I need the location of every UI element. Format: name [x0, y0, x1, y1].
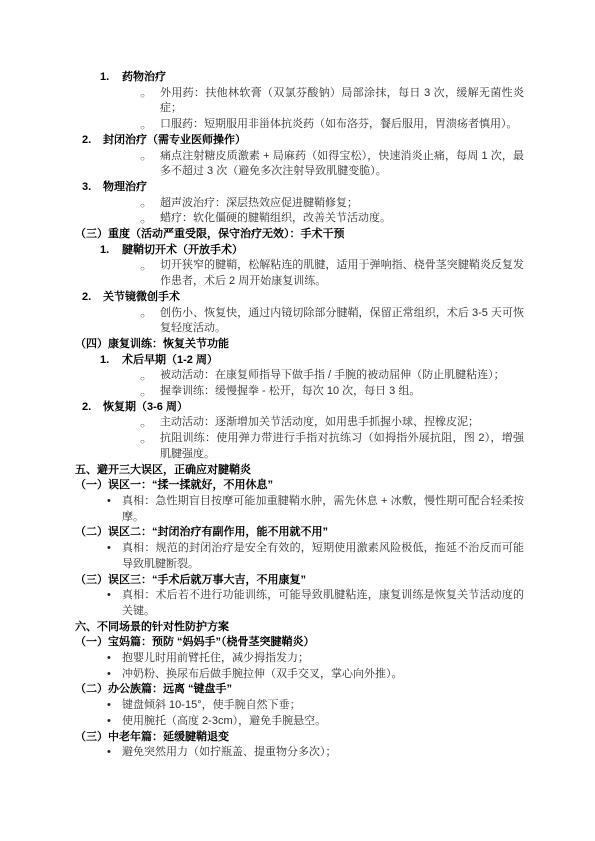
item-text: （一）宝妈篇：预防 “妈妈手”（桡骨茎突腱鞘炎）	[75, 635, 595, 651]
item-text: 关节镜微创手术	[103, 290, 595, 306]
circle-list-item: ○抗阻训练：使用弹力带进行手指对抗练习（如拇指外展抗阻，图 2），增强肌腱强度。	[0, 431, 524, 462]
numbered-heading: 1.腱鞘切开术（开放手术）	[0, 243, 595, 259]
number-marker: 2.	[82, 133, 91, 149]
numbered-heading: 3.物理治疗	[0, 180, 595, 196]
section-heading: （四）康复训练：恢复关节功能	[0, 337, 595, 353]
item-text: （三）重度（活动严重受限，保守治疗无效）：手术干预	[75, 227, 595, 243]
dot-bullet-icon: •	[107, 745, 111, 761]
circle-bullet-icon: ○	[140, 261, 145, 277]
item-text: （四）康复训练：恢复关节功能	[75, 337, 595, 353]
circle-list-item: ○外用药：扶他林软膏（双氯芬酸钠）局部涂抹，每日 3 次，缓解无菌性炎症；	[0, 86, 524, 117]
item-text: （三）误区三：“手术后就万事大吉，不用康复”	[75, 573, 595, 589]
item-text: 超声波治疗：深层热效应促进腱鞘修复；	[160, 196, 524, 212]
number-marker: 3.	[82, 180, 91, 196]
item-text: 被动活动：在康复师指导下做手指 / 手腕的被动屈伸（防止肌腱粘连）；	[160, 368, 524, 384]
item-text: （三）中老年篇：延缓腱鞘退变	[75, 730, 595, 746]
item-text: 创伤小、恢复快，通过内镜切除部分腱鞘，保留正常组织，术后 3-5 天可恢复轻度活…	[160, 306, 524, 337]
section-heading: （二）办公族篇：远离 “键盘手”	[0, 682, 595, 698]
item-text: 外用药：扶他林软膏（双氯芬酸钠）局部涂抹，每日 3 次，缓解无菌性炎症；	[160, 86, 524, 117]
item-text: 真相：术后若不进行功能训练，可能导致肌腱粘连，康复训练是恢复关节活动度的关键。	[122, 588, 524, 619]
numbered-heading: 1.药物治疗	[0, 70, 595, 86]
item-text: 抱婴儿时用前臂托住，减少拇指发力；	[122, 651, 524, 667]
section-heading: （三）中老年篇：延缓腱鞘退变	[0, 730, 595, 746]
circle-list-item: ○主动活动：逐渐增加关节活动度，如用患手抓握小球、捏橡皮泥；	[0, 415, 524, 431]
circle-list-item: ○口服药：短期服用非甾体抗炎药（如布洛芬，餐后服用，胃溃疡者慎用）。	[0, 117, 524, 133]
item-text: 术后早期（1-2 周）	[122, 353, 595, 369]
item-text: 真相：急性期盲目按摩可能加重腱鞘水肿，需先休息 + 冰敷，慢性期可配合轻柔按摩。	[122, 494, 524, 525]
numbered-heading: 2.关节镜微创手术	[0, 290, 595, 306]
section-heading: （二）误区二：“封闭治疗有副作用，能不用就不用”	[0, 525, 595, 541]
item-text: （二）办公族篇：远离 “键盘手”	[75, 682, 595, 698]
circle-bullet-icon: ○	[140, 151, 145, 167]
item-text: （二）误区二：“封闭治疗有副作用，能不用就不用”	[75, 525, 595, 541]
number-marker: 1.	[100, 243, 109, 259]
dot-list-item: •真相：急性期盲目按摩可能加重腱鞘水肿，需先休息 + 冰敷，慢性期可配合轻柔按摩…	[0, 494, 524, 525]
dot-list-item: •真相：规范的封闭治疗是安全有效的，短期使用激素风险极低，拖延不治反而可能导致肌…	[0, 541, 524, 572]
section-heading: （三）重度（活动严重受限，保守治疗无效）：手术干预	[0, 227, 595, 243]
number-marker: 2.	[82, 400, 91, 416]
dot-bullet-icon: •	[107, 651, 111, 667]
dot-list-item: •使用腕托（高度 2-3cm），避免手腕悬空。	[0, 714, 524, 730]
document-page: 1.药物治疗○外用药：扶他林软膏（双氯芬酸钠）局部涂抹，每日 3 次，缓解无菌性…	[0, 0, 595, 841]
item-text: 腱鞘切开术（开放手术）	[122, 243, 595, 259]
number-marker: 2.	[82, 290, 91, 306]
dot-list-item: •避免突然用力（如拧瓶盖、提重物分多次）；	[0, 745, 524, 761]
circle-bullet-icon: ○	[140, 434, 145, 450]
circle-list-item: ○握拳训练：缓慢握拳 - 松开，每次 10 次，每日 3 组。	[0, 384, 524, 400]
dot-bullet-icon: •	[107, 714, 111, 730]
item-text: 主动活动：逐渐增加关节活动度，如用患手抓握小球、捏橡皮泥；	[160, 415, 524, 431]
dot-bullet-icon: •	[107, 541, 111, 557]
item-text: 六、不同场景的针对性防护方案	[75, 620, 595, 636]
dot-bullet-icon: •	[107, 698, 111, 714]
circle-list-item: ○切开狭窄的腱鞘，松解粘连的肌腱，适用于弹响指、桡骨茎突腱鞘炎反复发作患者，术后…	[0, 258, 524, 289]
section-heading: 六、不同场景的针对性防护方案	[0, 620, 595, 636]
numbered-heading: 1.术后早期（1-2 周）	[0, 353, 595, 369]
dot-bullet-icon: •	[107, 667, 111, 683]
dot-list-item: •抱婴儿时用前臂托住，减少拇指发力；	[0, 651, 524, 667]
item-text: 真相：规范的封闭治疗是安全有效的，短期使用激素风险极低，拖延不治反而可能导致肌腱…	[122, 541, 524, 572]
item-text: 蜡疗：软化僵硬的腱鞘组织，改善关节活动度。	[160, 211, 524, 227]
item-text: 握拳训练：缓慢握拳 - 松开，每次 10 次，每日 3 组。	[160, 384, 524, 400]
numbered-heading: 2.恢复期（3-6 周）	[0, 400, 595, 416]
circle-list-item: ○超声波治疗：深层热效应促进腱鞘修复；	[0, 196, 524, 212]
dot-list-item: •键盘倾斜 10-15°，使手腕自然下垂；	[0, 698, 524, 714]
circle-list-item: ○痛点注射糖皮质激素 + 局麻药（如得宝松），快速消炎止痛，每周 1 次，最多不…	[0, 149, 524, 180]
section-heading: （一）误区一：“揉一揉就好，不用休息”	[0, 478, 595, 494]
item-text: 避免突然用力（如拧瓶盖、提重物分多次）；	[122, 745, 524, 761]
circle-list-item: ○被动活动：在康复师指导下做手指 / 手腕的被动屈伸（防止肌腱粘连）；	[0, 368, 524, 384]
item-text: 封闭治疗（需专业医师操作）	[103, 133, 595, 149]
item-text: 口服药：短期服用非甾体抗炎药（如布洛芬，餐后服用，胃溃疡者慎用）。	[160, 117, 524, 133]
document-body: 1.药物治疗○外用药：扶他林软膏（双氯芬酸钠）局部涂抹，每日 3 次，缓解无菌性…	[0, 70, 595, 761]
section-heading: 五、避开三大误区，正确应对腱鞘炎	[0, 463, 595, 479]
item-text: （一）误区一：“揉一揉就好，不用休息”	[75, 478, 595, 494]
item-text: 药物治疗	[122, 70, 595, 86]
numbered-heading: 2.封闭治疗（需专业医师操作）	[0, 133, 595, 149]
section-heading: （一）宝妈篇：预防 “妈妈手”（桡骨茎突腱鞘炎）	[0, 635, 595, 651]
circle-list-item: ○蜡疗：软化僵硬的腱鞘组织，改善关节活动度。	[0, 211, 524, 227]
item-text: 痛点注射糖皮质激素 + 局麻药（如得宝松），快速消炎止痛，每周 1 次，最多不超…	[160, 149, 524, 180]
section-heading: （三）误区三：“手术后就万事大吉，不用康复”	[0, 573, 595, 589]
item-text: 物理治疗	[103, 180, 595, 196]
dot-bullet-icon: •	[107, 494, 111, 510]
dot-list-item: •冲奶粉、换尿布后做手腕拉伸（双手交叉，掌心向外推）。	[0, 667, 524, 683]
item-text: 抗阻训练：使用弹力带进行手指对抗练习（如拇指外展抗阻，图 2），增强肌腱强度。	[160, 431, 524, 462]
item-text: 恢复期（3-6 周）	[103, 400, 595, 416]
item-text: 键盘倾斜 10-15°，使手腕自然下垂；	[122, 698, 524, 714]
circle-list-item: ○创伤小、恢复快，通过内镜切除部分腱鞘，保留正常组织，术后 3-5 天可恢复轻度…	[0, 306, 524, 337]
dot-list-item: •真相：术后若不进行功能训练，可能导致肌腱粘连，康复训练是恢复关节活动度的关键。	[0, 588, 524, 619]
item-text: 使用腕托（高度 2-3cm），避免手腕悬空。	[122, 714, 524, 730]
circle-bullet-icon: ○	[140, 308, 145, 324]
item-text: 冲奶粉、换尿布后做手腕拉伸（双手交叉，掌心向外推）。	[122, 667, 524, 683]
item-text: 五、避开三大误区，正确应对腱鞘炎	[75, 463, 595, 479]
item-text: 切开狭窄的腱鞘，松解粘连的肌腱，适用于弹响指、桡骨茎突腱鞘炎反复发作患者，术后 …	[160, 258, 524, 289]
number-marker: 1.	[100, 353, 109, 369]
circle-bullet-icon: ○	[140, 88, 145, 104]
number-marker: 1.	[100, 70, 109, 86]
dot-bullet-icon: •	[107, 588, 111, 604]
